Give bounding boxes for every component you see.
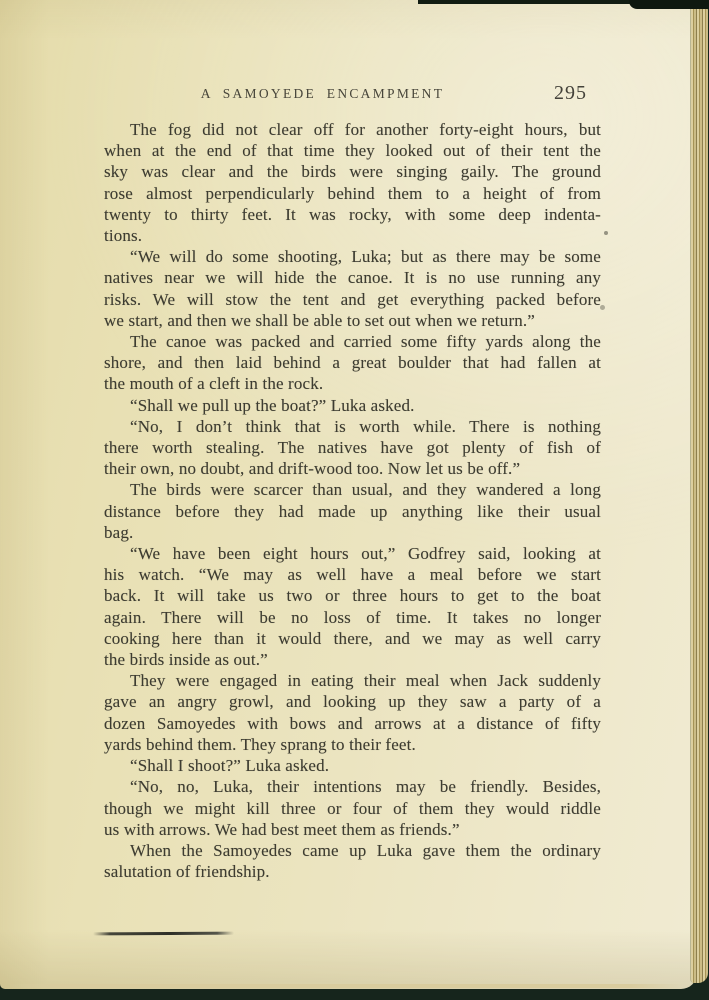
text-line: the birds inside as out.”	[104, 649, 601, 670]
text-line: When the Samoyedes came up Luka gave the…	[104, 840, 601, 861]
text-line: The fog did not clear off for another fo…	[104, 119, 601, 140]
paragraph: “We will do some shooting, Luka; but as …	[104, 246, 601, 331]
text-line: bag.	[104, 522, 601, 543]
text-line: tions.	[104, 225, 601, 246]
text-line: distance before they had made up anythin…	[104, 501, 601, 522]
text-line: gave an angry growl, and looking up they…	[104, 691, 601, 712]
text-line: “No, I don’t think that is worth while. …	[104, 416, 601, 437]
text-line: when at the end of that time they looked…	[104, 140, 601, 161]
text-line: sky was clear and the birds were singing…	[104, 161, 601, 182]
paragraph: “No, I don’t think that is worth while. …	[104, 416, 601, 480]
text-line: “We have been eight hours out,” Godfrey …	[104, 543, 601, 564]
text-line: The canoe was packed and carried some fi…	[104, 331, 601, 352]
page-body: The fog did not clear off for another fo…	[104, 119, 601, 882]
book-page: A SAMOYEDE ENCAMPMENT 295 The fog did no…	[0, 0, 697, 989]
page-number: 295	[554, 82, 587, 105]
text-line: though we might kill three or four of th…	[104, 798, 601, 819]
text-line: there worth stealing. The natives have g…	[104, 437, 601, 458]
text-line: their own, no doubt, and drift-wood too.…	[104, 458, 601, 479]
cover-top-right-corner	[629, 0, 709, 9]
running-title: A SAMOYEDE ENCAMPMENT	[104, 86, 541, 102]
text-line: dozen Samoyedes with bows and arrows at …	[104, 713, 601, 734]
fore-edge-page-stack	[690, 7, 708, 983]
text-line: we start, and then we shall be able to s…	[104, 310, 601, 331]
text-line: the mouth of a cleft in the rock.	[104, 373, 601, 394]
text-line: The birds were scarcer than usual, and t…	[104, 479, 601, 500]
text-line: yards behind them. They sprang to their …	[104, 734, 601, 755]
text-line: They were engaged in eating their meal w…	[104, 670, 601, 691]
text-line: twenty to thirty feet. It was rocky, wit…	[104, 204, 601, 225]
ink-speck	[600, 305, 605, 310]
paragraph: The canoe was packed and carried some fi…	[104, 331, 601, 395]
ink-scratch-line	[93, 932, 234, 935]
text-line: risks. We will stow the tent and get eve…	[104, 289, 601, 310]
text-line: again. There will be no loss of time. It…	[104, 607, 601, 628]
page-header: A SAMOYEDE ENCAMPMENT 295	[104, 86, 601, 108]
paragraph: “Shall I shoot?” Luka asked.	[104, 755, 601, 776]
paragraph: The fog did not clear off for another fo…	[104, 119, 601, 246]
text-line: natives near we will hide the canoe. It …	[104, 267, 601, 288]
text-line: “Shall I shoot?” Luka asked.	[104, 755, 601, 776]
paragraph: “We have been eight hours out,” Godfrey …	[104, 543, 601, 670]
text-line: his watch. “We may as well have a meal b…	[104, 564, 601, 585]
paragraph: When the Samoyedes came up Luka gave the…	[104, 840, 601, 882]
text-line: cooking here than it would there, and we…	[104, 628, 601, 649]
ink-speck	[604, 231, 608, 235]
paragraph: “Shall we pull up the boat?” Luka asked.	[104, 395, 601, 416]
paragraph: The birds were scarcer than usual, and t…	[104, 479, 601, 543]
text-line: back. It will take us two or three hours…	[104, 585, 601, 606]
text-line: “No, no, Luka, their intentions may be f…	[104, 776, 601, 797]
text-line: us with arrows. We had best meet them as…	[104, 819, 601, 840]
text-line: “Shall we pull up the boat?” Luka asked.	[104, 395, 601, 416]
scanned-book-photo: A SAMOYEDE ENCAMPMENT 295 The fog did no…	[0, 0, 709, 1000]
text-line: “We will do some shooting, Luka; but as …	[104, 246, 601, 267]
text-line: salutation of friendship.	[104, 861, 601, 882]
paragraph: They were engaged in eating their meal w…	[104, 670, 601, 755]
paragraph: “No, no, Luka, their intentions may be f…	[104, 776, 601, 840]
text-line: shore, and then laid behind a great boul…	[104, 352, 601, 373]
text-line: rose almost perpendicularly behind them …	[104, 183, 601, 204]
